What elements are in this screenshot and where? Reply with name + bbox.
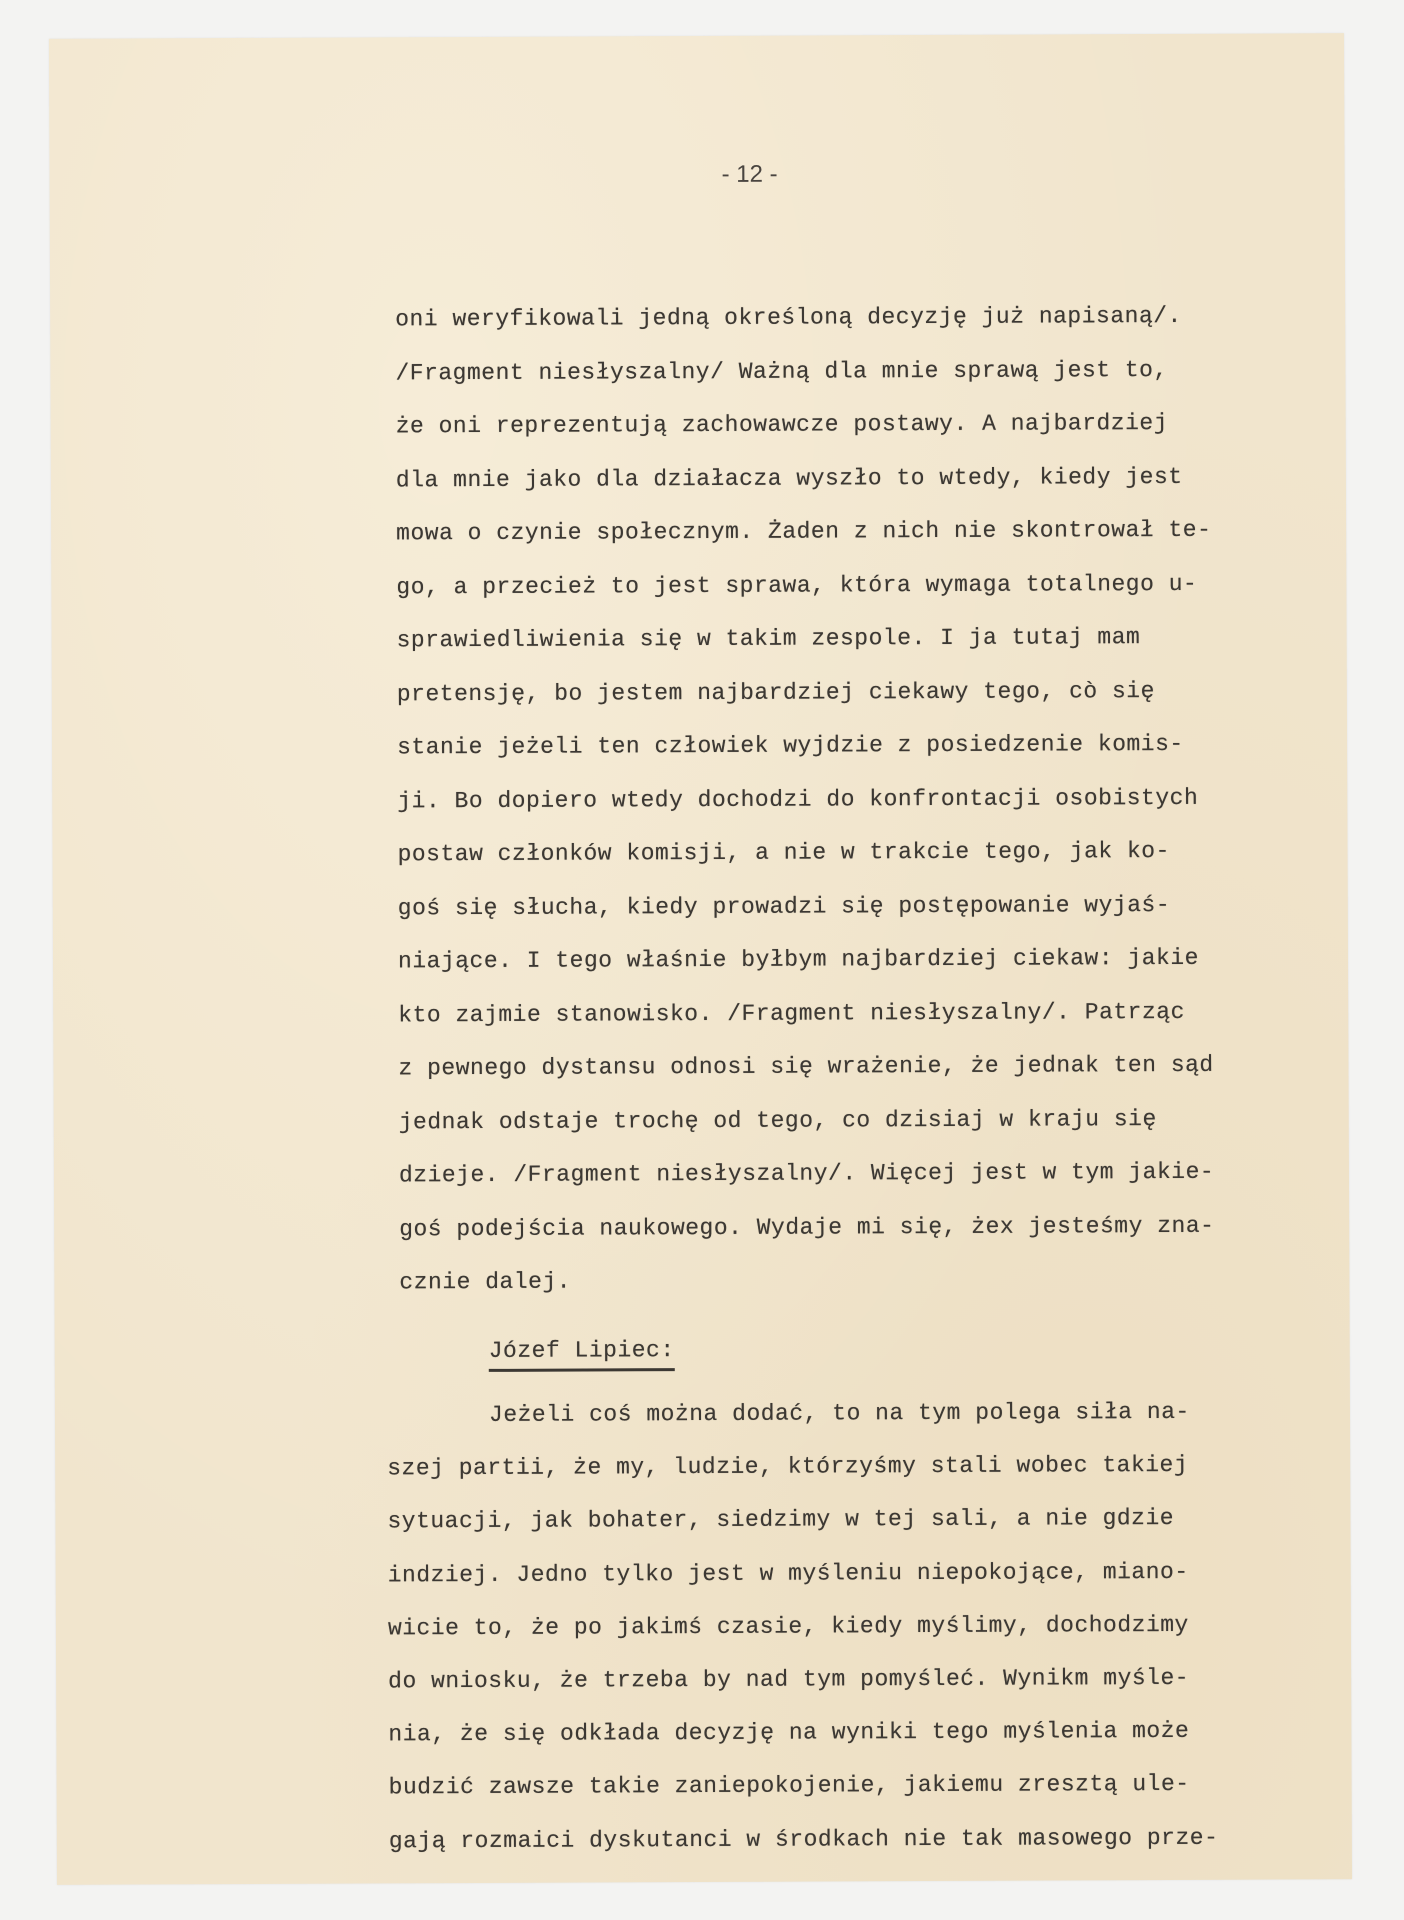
text-line: ji. Bo dopiero wtedy dochodzi do konfron… <box>397 776 1397 834</box>
speaker-heading: Józef Lipiec: <box>489 1332 675 1372</box>
text-line: kto zajmie stanowisko. /Fragment niesłys… <box>398 990 1398 1048</box>
text-line: wicie to, że po jakimś czasie, kiedy myś… <box>388 1604 1388 1662</box>
text-line: pretensję, bo jestem najbardziej ciekawy… <box>397 669 1397 727</box>
text-line: go, a przecież to jest sprawa, która wym… <box>396 562 1396 620</box>
text-line: że oni reprezentują zachowawcze postawy.… <box>396 402 1396 460</box>
text-line: z pewnego dystansu odnosi się wrażenie, … <box>398 1044 1398 1102</box>
text-line: goś się słucha, kiedy prowadzi się postę… <box>398 883 1398 941</box>
text-line: do wniosku, że trzeba by nad tym pomyśle… <box>388 1657 1388 1715</box>
text-line: szej partii, że my, ludzie, którzyśmy st… <box>387 1444 1387 1502</box>
page-number: - 12 - <box>650 160 850 189</box>
text-line: budzić zawsze takie zaniepokojenie, jaki… <box>389 1763 1389 1821</box>
text-line: Jeżeli coś można dodać, to na tym polega… <box>387 1391 1387 1449</box>
text-line: dla mnie jako dla działacza wyszło to wt… <box>396 455 1396 513</box>
speaker-paragraph: Jeżeli coś można dodać, to na tym polega… <box>387 1391 1389 1874</box>
text-line: cznie dalej. <box>399 1258 1399 1316</box>
text-line: gają rozmaici dyskutanci w środkach nie … <box>389 1817 1389 1875</box>
text-line: nia, że się odkłada decyzję na wyniki te… <box>388 1710 1388 1768</box>
text-line: goś podejścia naukowego. Wydaje mi się, … <box>399 1204 1399 1262</box>
text-line: mowa o czynie społecznym. Żaden z nich n… <box>396 509 1396 567</box>
typewritten-page: - 12 - oni weryfikowali jedną określoną … <box>49 33 1352 1885</box>
text-line: jednak odstaje trochę od tego, co dzisia… <box>399 1097 1399 1155</box>
speaker-name: Józef Lipiec: <box>489 1332 675 1372</box>
text-line: stanie jeżeli ten człowiek wyjdzie z pos… <box>397 723 1397 781</box>
text-line: indziej. Jedno tylko jest w myśleniu nie… <box>388 1551 1388 1609</box>
text-line: postaw członków komisji, a nie w trakcie… <box>397 830 1397 888</box>
text-line: /Fragment niesłyszalny/ Ważną dla mnie s… <box>395 348 1395 406</box>
text-line: dzieje. /Fragment niesłyszalny/. Więcej … <box>399 1151 1399 1209</box>
text-line: niające. I tego właśnie byłbym najbardzi… <box>398 937 1398 995</box>
paragraph-continuation: oni weryfikowali jedną określoną decyzję… <box>395 295 1399 1316</box>
text-line: sprawiedliwienia się w takim zespole. I … <box>397 616 1397 674</box>
text-line: sytuacji, jak bohater, siedzimy w tej sa… <box>387 1497 1387 1555</box>
text-line: oni weryfikowali jedną określoną decyzję… <box>395 295 1395 353</box>
